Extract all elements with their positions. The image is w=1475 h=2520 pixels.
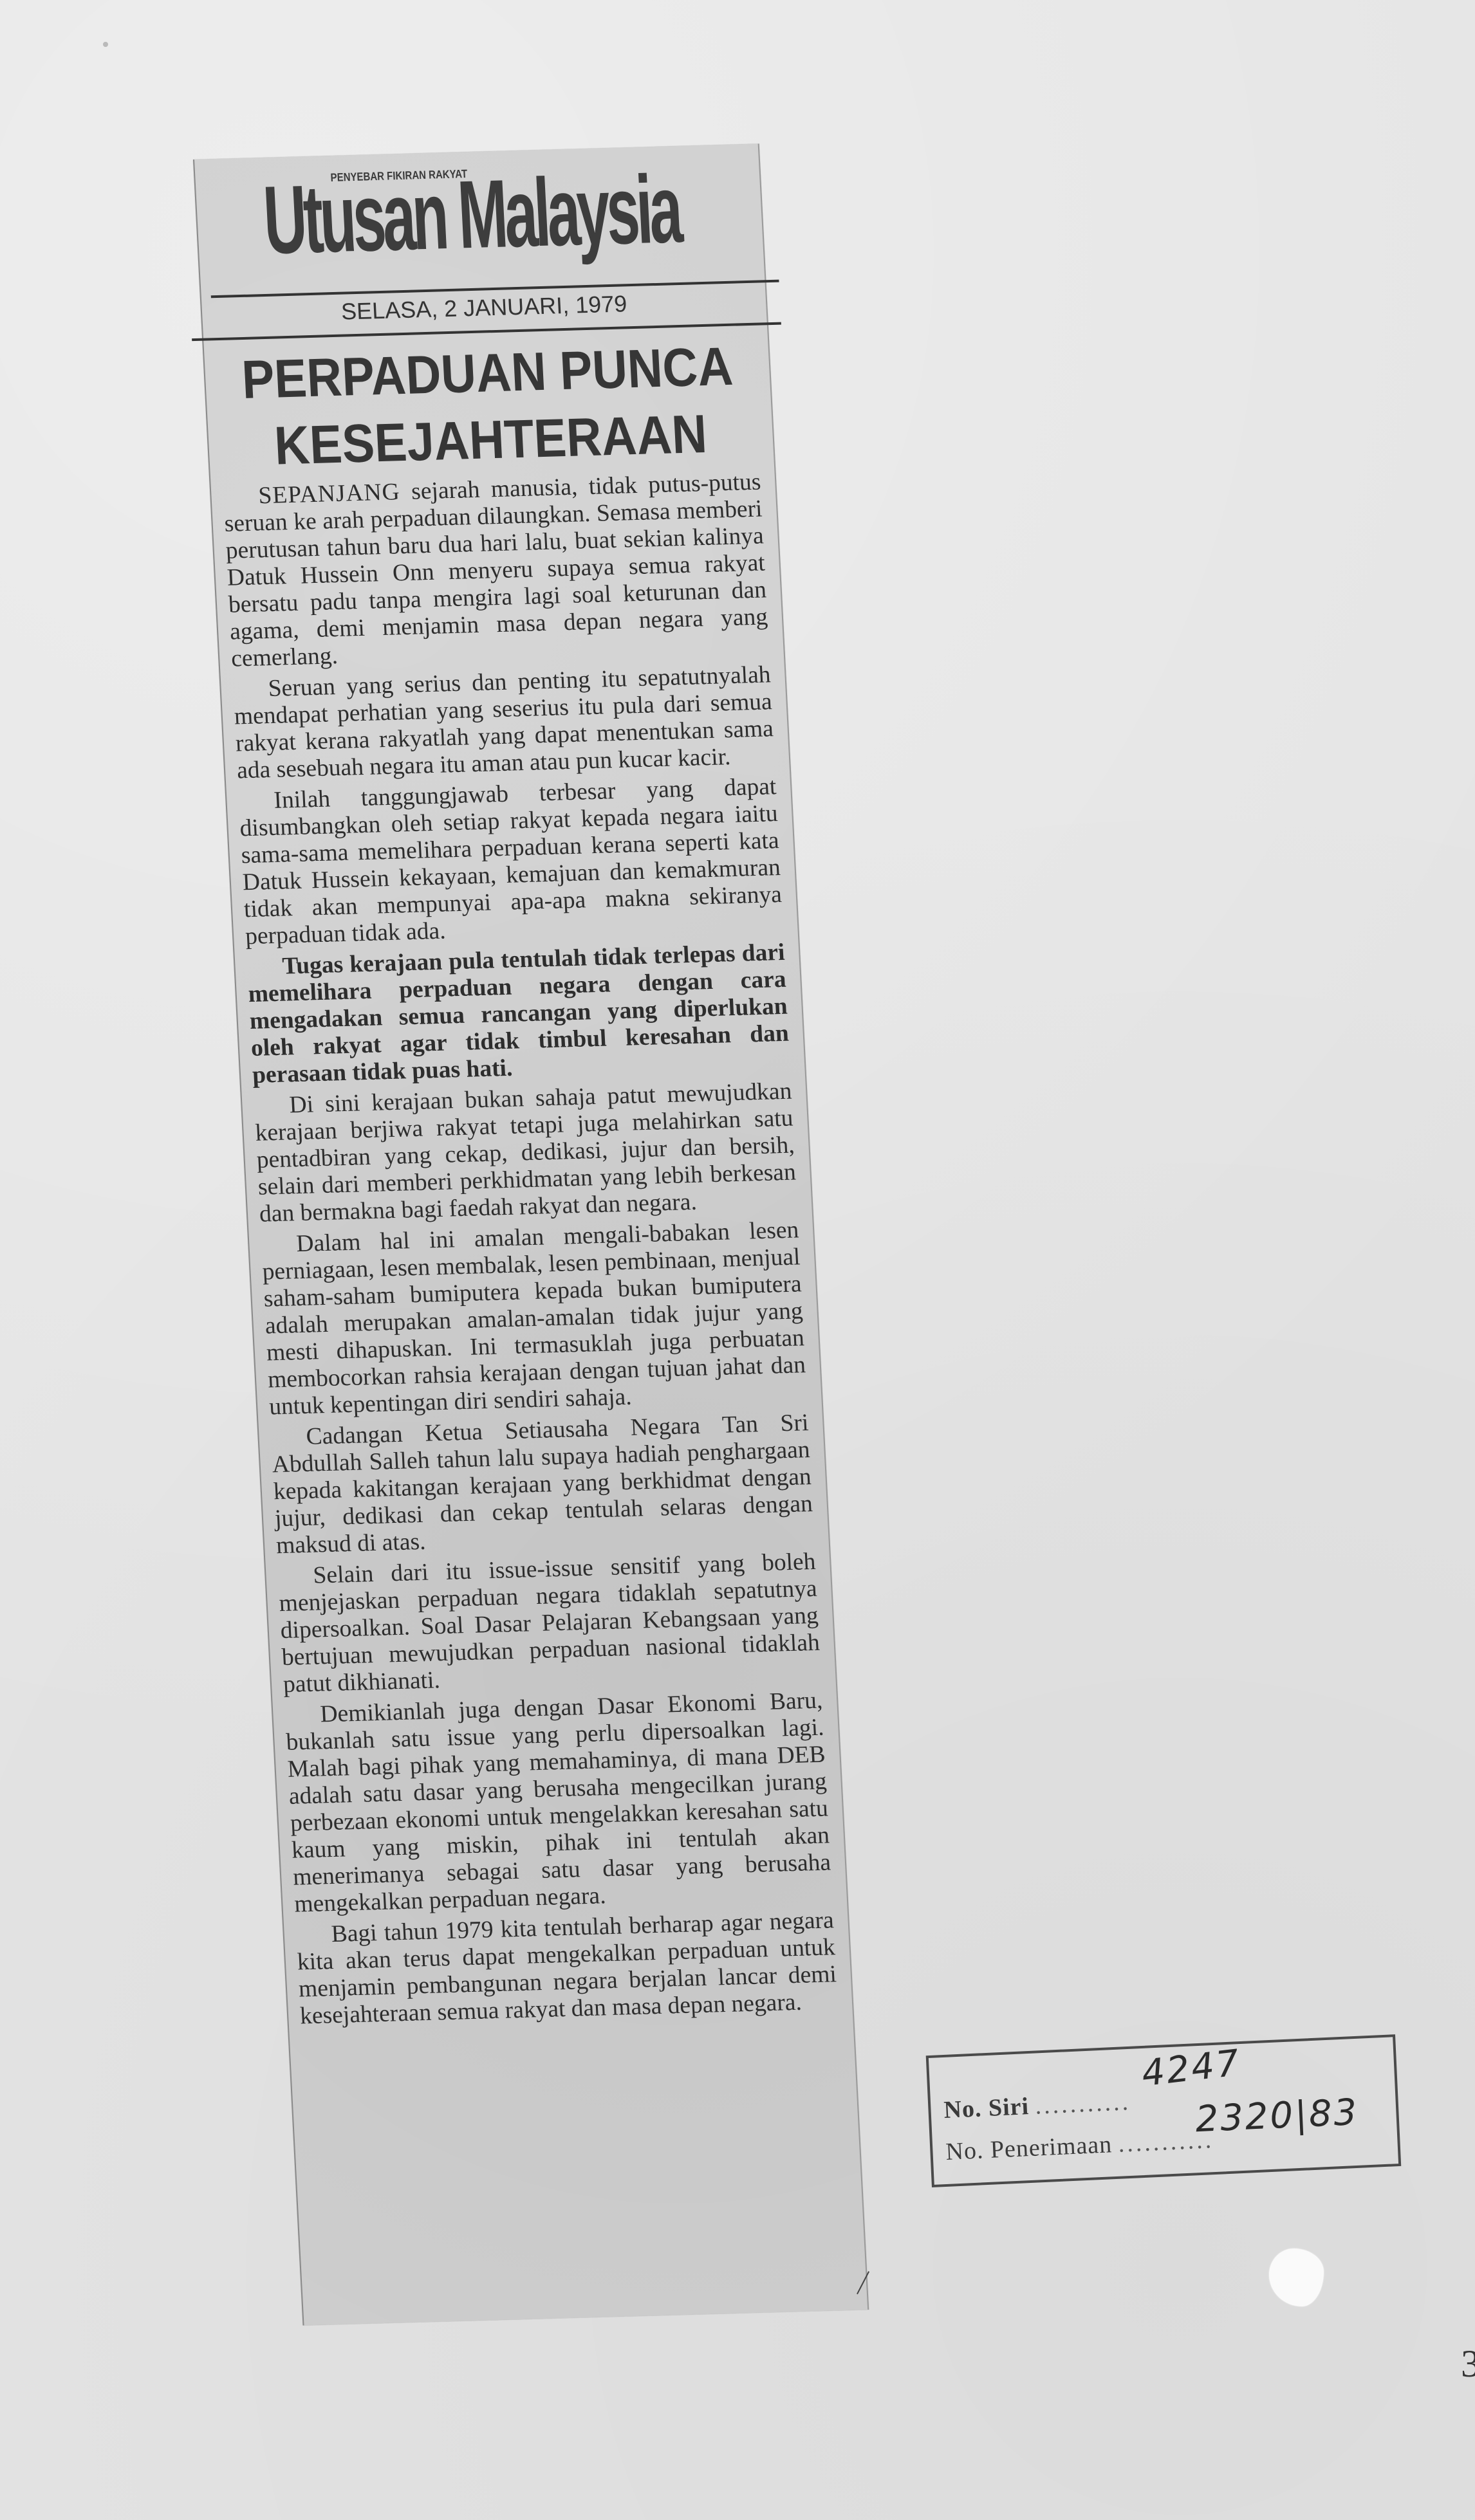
paragraph: Di sini kerajaan bukan sahaja patut mewu… (254, 1078, 798, 1228)
article-body: SEPANJANG sejarah manusia, tidak putus-p… (223, 469, 839, 2034)
page-edge-number: 3 (1461, 2342, 1475, 2386)
paragraph: Inilah tanggungjawab terbesar yang dapat… (238, 773, 784, 950)
paragraph: Dalam hal ini amalan mengali-babakan les… (260, 1217, 808, 1421)
siri-label: No. Siri (943, 2093, 1030, 2124)
siri-dots: ........... (1035, 2088, 1131, 2120)
stamp-siri-row: No. Siri ........... (943, 2088, 1131, 2124)
lead-word: SEPANJANG (258, 479, 401, 509)
newspaper-name: Utusan Malaysia (261, 160, 681, 268)
cut-mark (857, 2271, 869, 2294)
newspaper-clipping: Utusan Malaysia PENYEBAR FIKIRAN RAKYAT … (193, 143, 869, 2325)
paper-speck (103, 42, 108, 47)
paper-blotch (1269, 2249, 1324, 2306)
paragraph: Bagi tahun 1979 kita tentulah berharap a… (295, 1907, 839, 2030)
paragraph: Seruan yang serius dan penting itu sepat… (232, 661, 775, 784)
headline-line-2: KESEJAHTERAAN (236, 399, 746, 480)
paragraph: Demikianlah juga dengan Dasar Ekonomi Ba… (284, 1688, 833, 1918)
headline: PERPADUAN PUNCA KESEJAHTERAAN (232, 332, 747, 480)
stamp-penerimaan-row: No. Penerimaan ........... (945, 2126, 1214, 2166)
siri-handwritten-value: 4247 (1140, 2042, 1243, 2095)
paragraph-bold: Tugas kerajaan pula tentulah tidak terle… (246, 939, 791, 1089)
paragraph: Selain dari itu issue-issue sensitif yan… (277, 1549, 822, 1698)
penerimaan-label: No. Penerimaan (945, 2131, 1113, 2166)
paragraph: SEPANJANG sejarah manusia, tidak putus-p… (223, 469, 770, 673)
penerimaan-handwritten-value: 2320|83 (1194, 2092, 1359, 2140)
paragraph: Cadangan Ketua Setiausaha Negara Tan Sri… (270, 1410, 815, 1559)
masthead: Utusan Malaysia PENYEBAR FIKIRAN RAKYAT (206, 144, 750, 288)
archive-stamp: No. Siri ........... No. Penerimaan ....… (926, 2034, 1402, 2187)
